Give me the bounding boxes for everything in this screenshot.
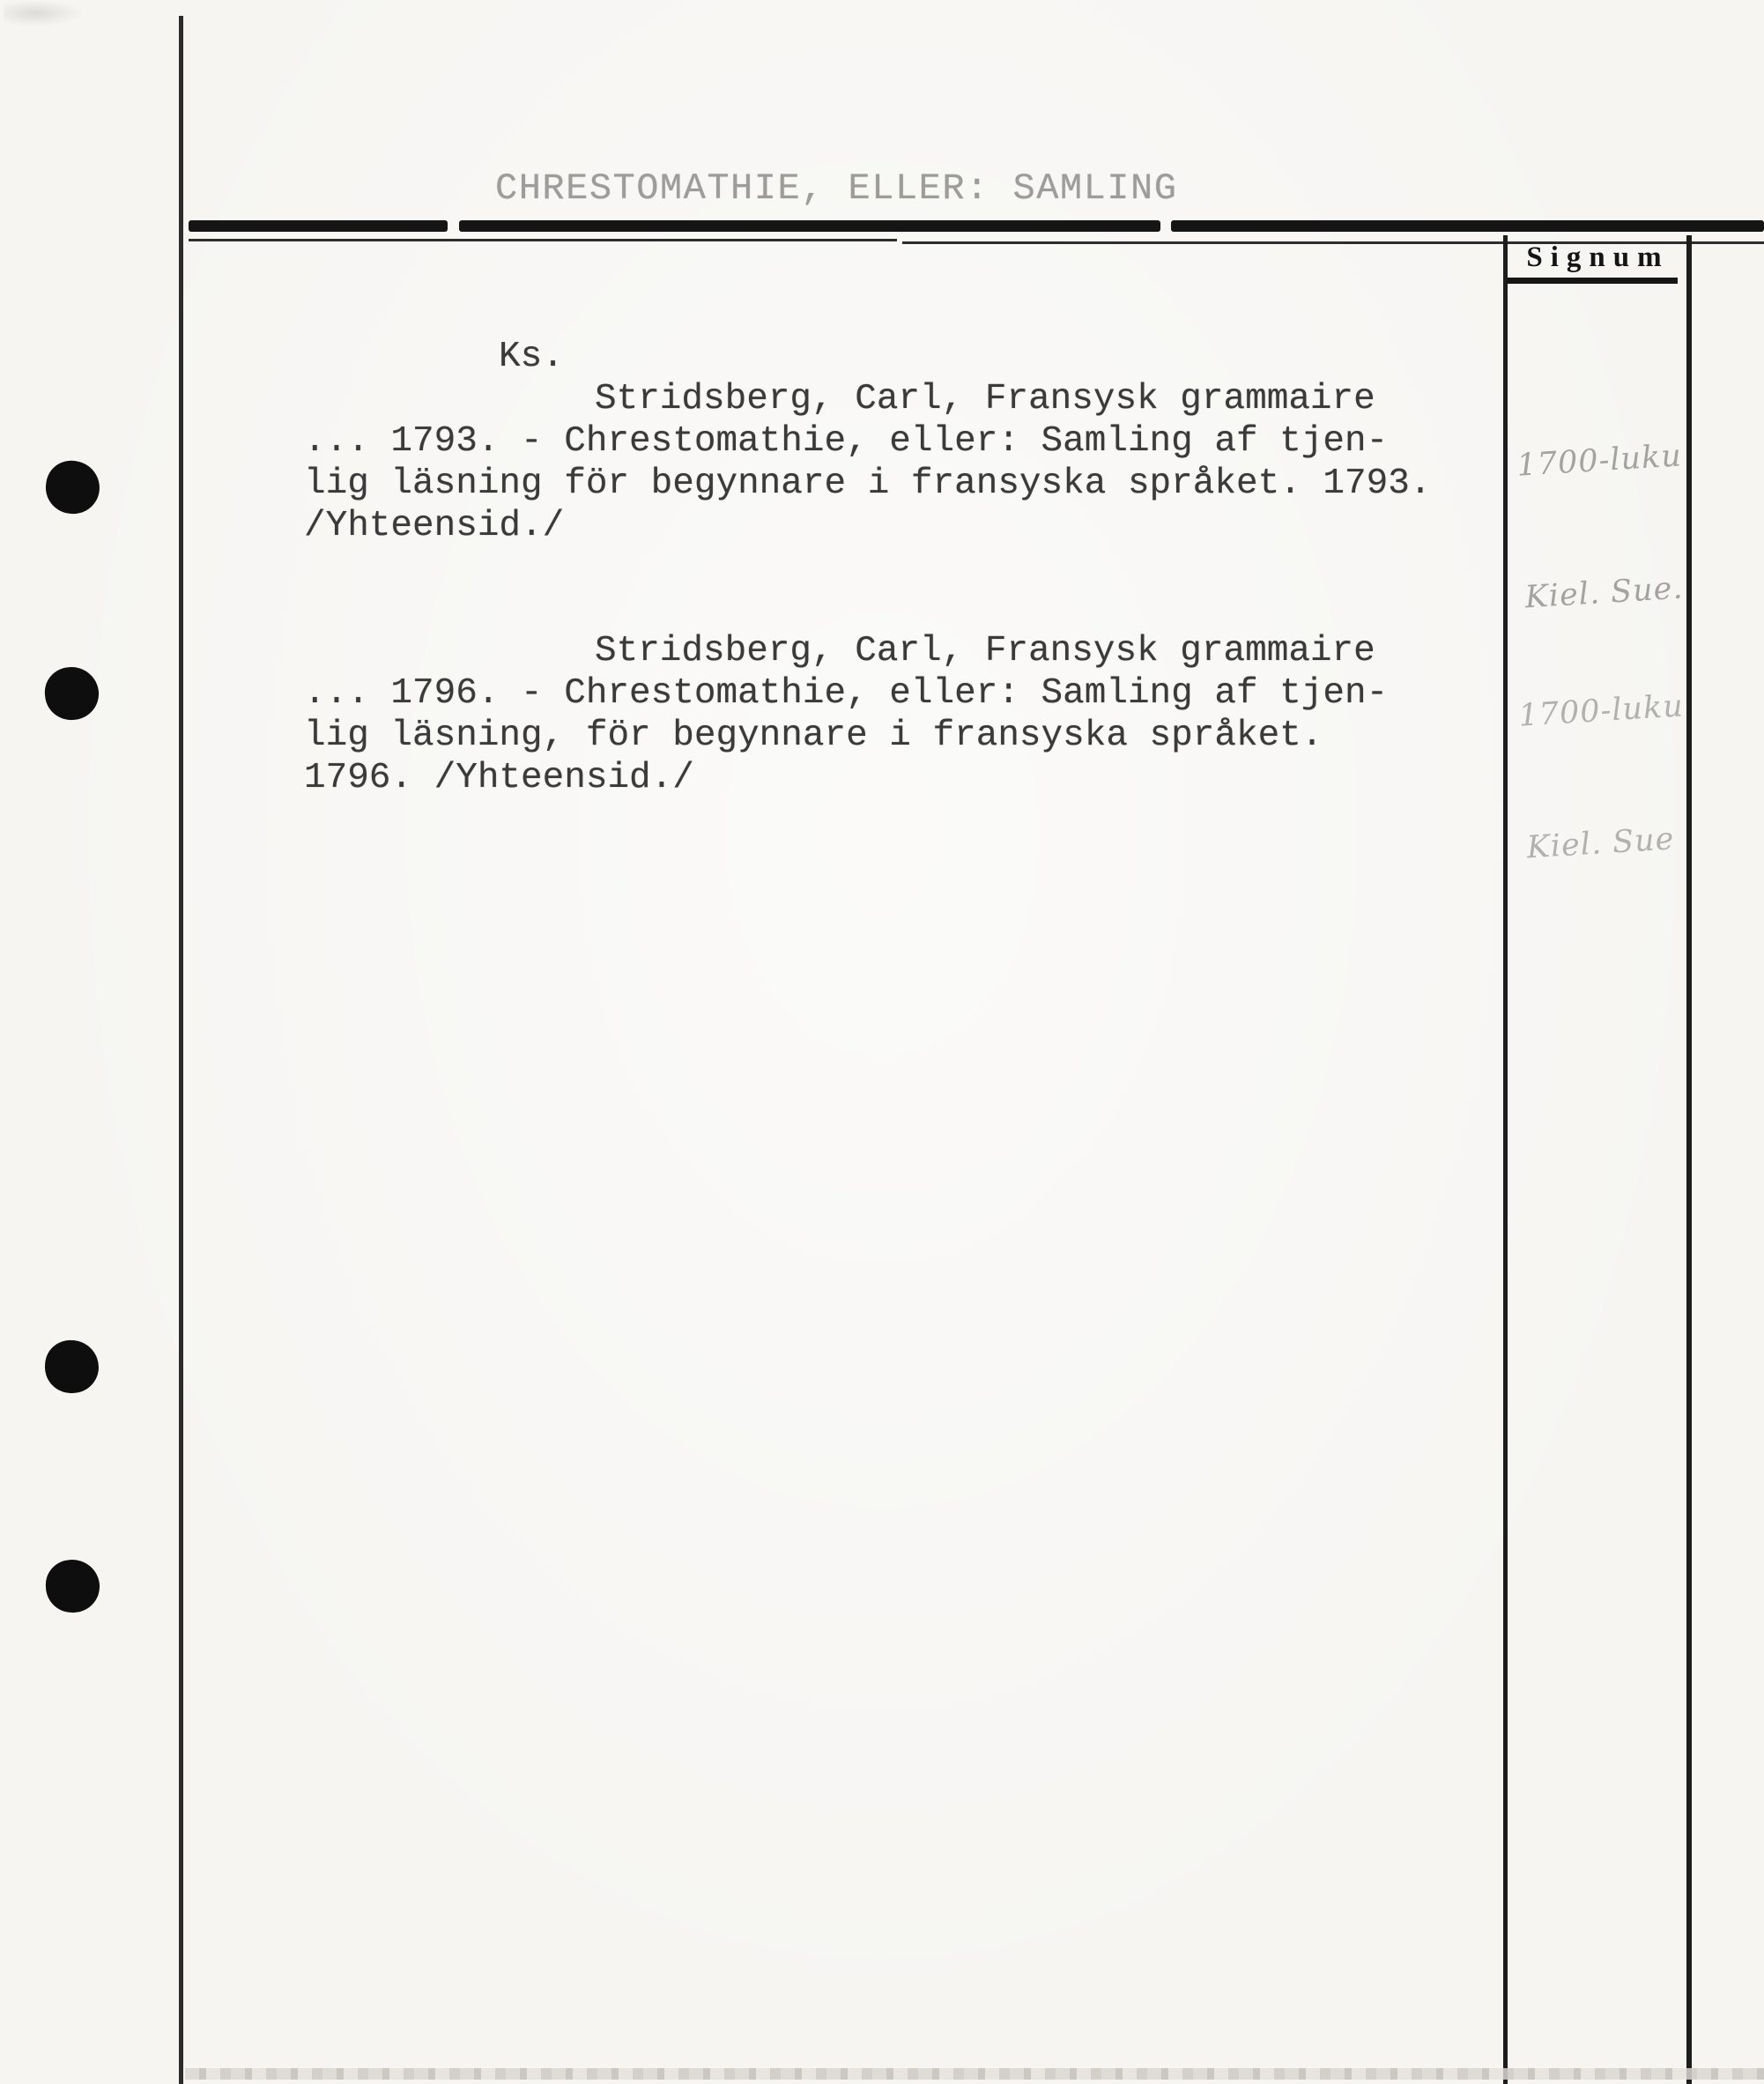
- header-rule-thick: [1171, 220, 1764, 232]
- signum-column-right-border: [1686, 235, 1692, 2084]
- entry-text-line: ... 1796. - Chrestomathie, eller: Samlin…: [304, 673, 1388, 714]
- signum-note-line: 1700-luku: [1516, 434, 1683, 487]
- entry-text-line: 1796. /Yhteensid./: [304, 758, 694, 798]
- punch-hole-icon: [44, 1558, 101, 1614]
- signum-header-underline: [1507, 278, 1678, 284]
- header-rule-thick: [189, 220, 448, 232]
- signum-note-line: Kiel. Sue: [1525, 816, 1693, 870]
- signum-column-left-border: [1503, 235, 1508, 2084]
- signum-column-header: Signum: [1503, 241, 1687, 274]
- entry-text-line: /Yhteensid./: [304, 506, 564, 546]
- entry-text-line: lig läsning, för begynnare i fransyska s…: [304, 716, 1323, 756]
- scan-bottom-edge: [185, 2068, 1764, 2080]
- entry-author-line: Stridsberg, Carl, Fransysk grammaire: [595, 631, 1375, 671]
- page-title: CHRESTOMATHIE, ELLER: SAMLING: [495, 167, 1177, 210]
- entry-text-line: ... 1793. - Chrestomathie, eller: Samlin…: [304, 421, 1388, 462]
- left-margin-rule: [179, 16, 183, 2084]
- signum-note-line: 1700-luku: [1517, 684, 1685, 738]
- catalog-card-scan: { "document": { "title_header": "CHRESTO…: [0, 0, 1764, 2084]
- header-rule-thin: [189, 239, 897, 241]
- handwritten-signum-note: 1700-luku Kiel. Sue: [1512, 597, 1698, 959]
- punch-hole-icon: [43, 1339, 100, 1395]
- entry-author-line: Stridsberg, Carl, Fransysk grammaire: [595, 379, 1375, 419]
- header-rule-thick: [459, 220, 1160, 232]
- entry-text-line: lig läsning för begynnare i fransyska sp…: [304, 464, 1431, 504]
- punch-hole-icon: [42, 457, 103, 517]
- entry-shelf-heading: Ks.: [499, 337, 564, 377]
- scan-smudge: [4, 0, 83, 26]
- punch-hole-icon: [42, 664, 101, 723]
